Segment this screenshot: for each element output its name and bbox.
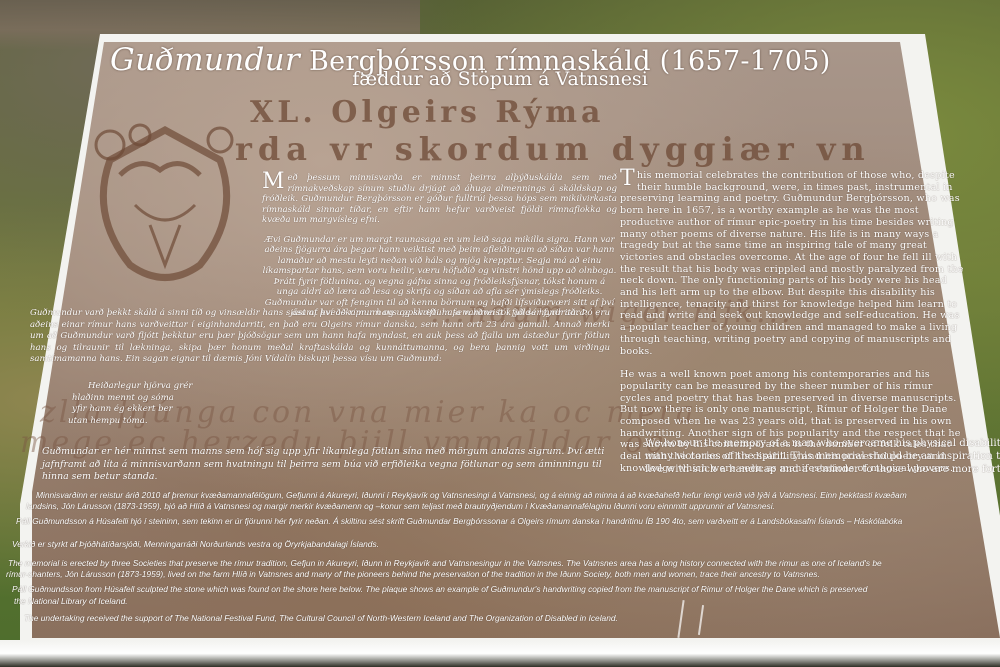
honour-line: many victories of the spirit. This memor… [645,450,1000,463]
verse-line: hlaðinn mennt og sóma [68,393,208,405]
footer-en-line: The undertaking received the support of … [24,613,618,624]
footer-en-line: The memorial is erected by three Societi… [8,558,882,569]
icelandic-paragraph-1: Með þessum minnisvarða er minnst þeirra … [262,173,617,226]
icelandic-paragraph-2: Ævi Guðmundar er um margt raunasaga en u… [262,235,617,319]
plaque-subtitle: fæddur að Stöpum á Vatnsnesi [230,68,770,90]
footer-is-line: Minnisvarðinn er reistur árið 2010 af þr… [36,490,907,501]
icelandic-column: Með þessum minnisvarða er minnst þeirra … [262,173,617,328]
icelandic-paragraph-1-text: eð þessum minnisvarða er minnst þeirra a… [262,173,617,225]
footer-en-line: the National Library of Iceland. [14,596,128,607]
icelandic-closing: Guðmundar er hér minnst sem manns sem hó… [42,446,612,484]
drop-cap: M [262,173,285,191]
footer-is-line: Verkið er styrkt af Þjóðhátíðarsjóði, Me… [12,539,379,550]
manuscript-heading-line: XL. Olgeirs Rýma [250,95,604,130]
english-paragraph-1: This memorial celebrates the contributio… [620,170,965,357]
plaque-bottom-edge [0,640,1000,667]
verse-line: yfir hann ég ekkert ber [68,404,208,416]
honour-line: We honour the memory of a man who overca… [645,437,1000,450]
drop-cap: T [620,170,635,188]
footer-is-line: Páll Guðmundsson á Húsafelli hjó í stein… [16,516,902,527]
footer-en-line: rímur-chanters, Jón Lárusson (1873-1959)… [6,569,820,580]
footer-en-line: Páll Guðmundsson from Húsafell sculpted … [12,584,867,595]
manuscript-second-line: rda vr skordum dyggiær vn [235,130,871,168]
icelandic-paragraph-3: Guðmundur varð þekkt skáld á sinni tíð o… [30,308,610,366]
verse-line: Heiðarlegur hjörva grér [68,381,208,393]
english-honour: We honour the memory of a man who overca… [645,437,1000,476]
english-paragraph-1-text: his memorial celebrates the contribution… [620,170,964,357]
honour-line: live with such a handicap and a reminder… [645,463,1000,476]
manuscript-ornament-icon [80,115,250,290]
verse-line: utan hempu tóma. [68,416,208,428]
footer-is-line: landsins, Jón Lárusson (1873-1959), bjó … [26,501,775,512]
verse-block: Heiðarlegur hjörva grér hlaðinn mennt og… [68,381,208,427]
